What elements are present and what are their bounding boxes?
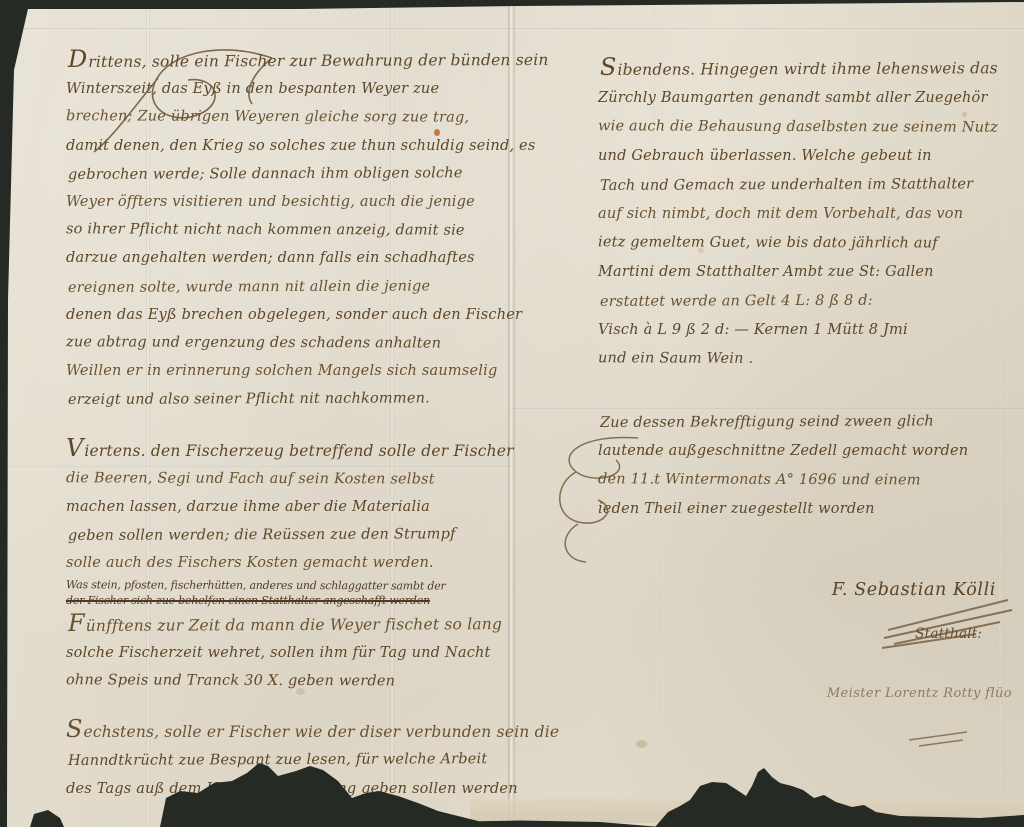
manuscript-line: und ein Saum Wein . <box>598 344 1018 374</box>
manuscript-paper: Drittens, solle ein Fischer zur Bewahrun… <box>0 0 1024 827</box>
signature-name: F. Sebastian Kölli <box>598 580 996 600</box>
manuscript-line: ieden Theil einer zuegestellt worden <box>598 495 1018 524</box>
manuscript-line: ietz gemeltem Guet, wie bis dato jährlic… <box>598 228 1018 258</box>
manuscript-line: geben sollen werden; die Reüssen zue den… <box>68 520 514 550</box>
manuscript-line: Winterszeit, das Eyß in den bespanten We… <box>66 75 512 103</box>
manuscript-line: so ihrer Pflicht nicht nach kommen anzei… <box>66 215 512 245</box>
pen-marks <box>905 728 985 758</box>
manuscript-line: wie auch die Behausung daselbsten zue se… <box>598 112 1018 142</box>
manuscript-line: darzue angehalten werden; dann falls ein… <box>66 244 512 272</box>
manuscript-line: der Fischer sich zue behelfen einen Stat… <box>66 593 512 608</box>
manuscript-line: Martini dem Statthalter Ambt zue St: Gal… <box>598 258 1018 287</box>
manuscript-line: Drittens, solle ein Fischer zur Bewahrun… <box>68 43 514 76</box>
manuscript-line: Visch à L 9 ß 2 d: — Kernen 1 Mütt 8 Jmi <box>598 316 1018 345</box>
manuscript-line: solche Fischerzeit wehret, sollen ihm fü… <box>66 639 512 667</box>
manuscript-line: erstattet werde an Gelt 4 L: 8 ß 8 d: <box>600 286 1020 317</box>
manuscript-line: erzeigt und also seiner Pflicht nit nach… <box>68 384 514 414</box>
manuscript-line: lautende außgeschnittne Zedell gemacht w… <box>598 437 1018 466</box>
under-sheet-edge <box>470 799 1024 823</box>
manuscript-line: Fünfftens zur Zeit da mann die Weyer fis… <box>68 607 514 640</box>
manuscript-line: damit denen, den Krieg so solches zue th… <box>66 132 512 160</box>
scribe-note: Meister Lorentz Rotty flüo <box>598 686 1018 701</box>
manuscript-line: des Tags auß dem Herzohn 3 Schilling geb… <box>66 775 512 803</box>
manuscript-line: ereignen solte, wurde mann nit allein di… <box>68 272 514 302</box>
manuscript-line: die Beeren, Segi und Fach auf sein Koste… <box>66 464 512 494</box>
signature-title: Statthalt: <box>598 626 996 642</box>
manuscript-line: Tach und Gemach zue underhalten im Statt… <box>600 170 1020 201</box>
manuscript-line: gebrochen werde; Solle dannach ihm oblig… <box>68 159 514 189</box>
manuscript-line: Was stein, pfosten, fischerhütten, ander… <box>66 577 512 594</box>
manuscript-line: zue abtrag und ergenzung des schadens an… <box>66 328 512 358</box>
crease-horizontal <box>0 28 1024 31</box>
left-page-lines: Drittens, solle ein Fischer zur Bewahrun… <box>66 44 512 803</box>
manuscript-line: Sibendens. Hingegen wirdt ihme lehenswei… <box>600 51 1020 85</box>
manuscript-line: machen lassen, darzue ihme aber die Mate… <box>66 493 512 521</box>
manuscript-line: Sechstens, solle er Fischer wie der dise… <box>66 715 512 746</box>
manuscript-line: Hanndtkrücht zue Bespant zue lesen, für … <box>68 745 514 775</box>
manuscript-line: Zürchly Baumgarten genandt sambt aller Z… <box>598 84 1018 113</box>
manuscript-line: ohne Speis und Tranck 30 X. geben werden <box>66 666 512 696</box>
stain <box>636 740 647 748</box>
manuscript-line: den 11.t Wintermonats A° 1696 und einem <box>598 465 1018 495</box>
manuscript-line: Zue dessen Bekrefftigung seind zween gli… <box>600 407 1020 438</box>
manuscript-line: Weyer öffters visitieren und besichtig, … <box>66 188 512 216</box>
left-page: Drittens, solle ein Fischer zur Bewahrun… <box>66 44 512 803</box>
manuscript-line: auf sich nimbt, doch mit dem Vorbehalt, … <box>598 200 1018 229</box>
closing-lines: Zue dessen Bekrefftigung seind zween gli… <box>598 408 1018 524</box>
manuscript-line: solle auch des Fischers Kosten gemacht w… <box>66 549 512 577</box>
right-page-lines: Sibendens. Hingegen wirdt ihme lehenswei… <box>598 52 1018 374</box>
manuscript-line: brechen; Zue übrigen Weyeren gleiche sor… <box>66 103 512 133</box>
manuscript-line: und Gebrauch überlassen. Welche gebeut i… <box>598 142 1018 171</box>
scanned-document: Drittens, solle ein Fischer zur Bewahrun… <box>0 0 1024 827</box>
right-page: Sibendens. Hingegen wirdt ihme lehenswei… <box>598 52 1018 701</box>
manuscript-line: Weillen er in erinnerung solchen Mangels… <box>66 357 512 385</box>
manuscript-line: denen das Eyß brechen obgelegen, sonder … <box>66 301 512 329</box>
manuscript-line: Viertens. den Fischerzeug betreffend sol… <box>66 434 512 465</box>
signature-block: F. Sebastian Kölli Statthalt: <box>598 580 1018 642</box>
